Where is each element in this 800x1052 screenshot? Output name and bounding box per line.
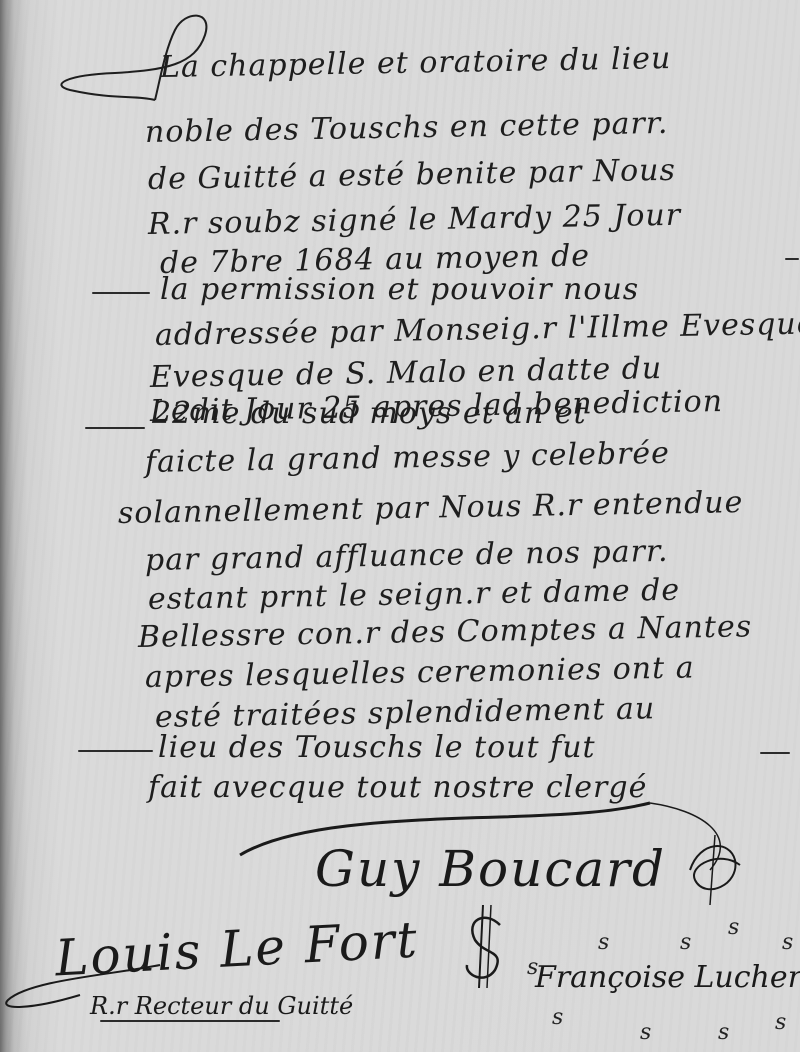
mark-s: s [728, 915, 739, 940]
paraph-icon [680, 830, 750, 910]
mark-s: s [718, 1020, 729, 1045]
text-line-18: lieu des Touschs le tout fut [158, 730, 596, 765]
line-filler [760, 752, 790, 754]
mark-s: s [775, 1010, 786, 1035]
manuscript-page: La chappelle et oratoire du lieu noble d… [0, 0, 800, 1052]
text-line-12: solannellement par Nous R.r entendue [118, 485, 744, 531]
line-filler [85, 427, 145, 429]
signature-underline [100, 1020, 280, 1022]
text-line-16: apres lesquelles ceremonies ont a [145, 650, 695, 695]
text-line-6: la permission et pouvoir nous [160, 272, 639, 307]
text-line-17: esté traitées splendidement au [155, 691, 656, 735]
text-line-4: R.r soubz signé le Mardy 25 Jour [148, 198, 682, 242]
mark-s: s [680, 930, 691, 955]
text-line-11: faicte la grand messe y celebrée [145, 436, 670, 480]
mark-s: s [552, 1005, 563, 1030]
text-line-7: addressée par Monseig.r l'Illme Evesque [155, 306, 800, 353]
text-line-13: par grand affluance de nos parr. [145, 534, 669, 578]
line-filler [92, 292, 150, 294]
line-filler [78, 750, 153, 752]
signature-guy-boucard: Guy Boucard [315, 840, 666, 898]
mark-s: s [527, 955, 538, 980]
line-filler [785, 258, 799, 260]
mark-s: s [782, 930, 793, 955]
text-line-1: La chappelle et oratoire du lieu [160, 41, 672, 85]
text-line-15: Bellessre con.r des Comptes a Nantes [138, 609, 753, 655]
text-line-14: estant prnt le seign.r et dame de [148, 573, 681, 617]
text-line-3: de Guitté a esté benite par Nous [148, 153, 676, 197]
mark-s: s [640, 1020, 651, 1045]
signature-subtitle-recteur: R.r Recteur du Guitté [90, 992, 353, 1020]
signature-francoise-lucher: Françoise Lucher [535, 960, 800, 995]
mark-s: s [598, 930, 609, 955]
paraph-dollar-icon [455, 900, 515, 990]
